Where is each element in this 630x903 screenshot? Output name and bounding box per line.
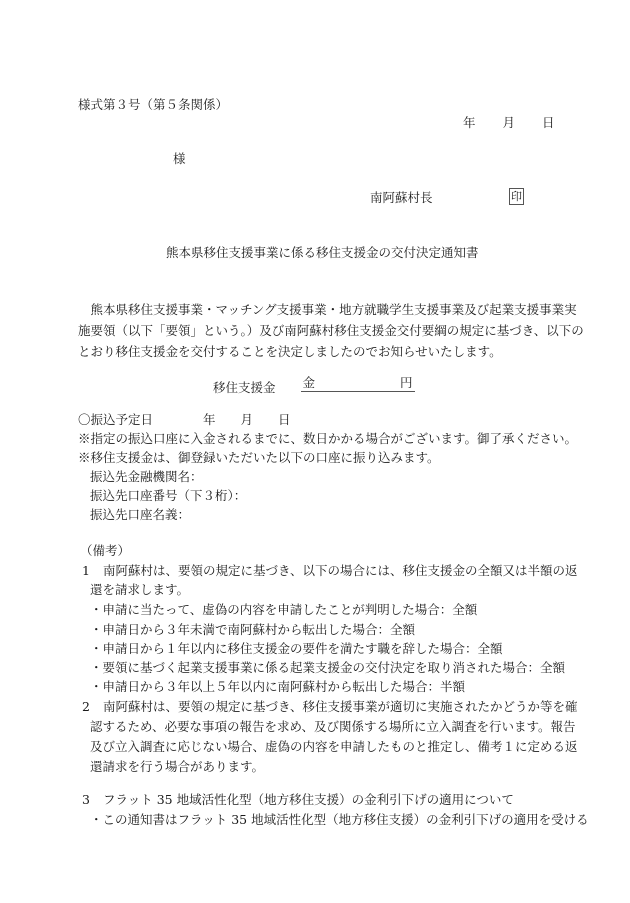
note-1-line: 南阿蘇村は、要領の規定に基づき、以下の場合には、移住支援金の全額又は半額の返 (103, 565, 578, 578)
intro-paragraph: 熊本県移住支援事業・マッチング支援事業・地方就職学生支援事業及び起業支援事業実 … (78, 299, 548, 362)
note-2-line: 認するため、必要な事項の報告を求め、及び関係する場所に立入調査を行います。報告 (90, 721, 576, 734)
seal-stamp-box: 印 (509, 188, 524, 205)
document-title: 熊本県移住支援事業に係る移住支援金の交付決定通知書 (166, 247, 479, 260)
amount-prefix: 金 (303, 377, 316, 390)
note-1-bullet: ・申請日から３年未満で南阿蘇村から転出した場合：全額 (90, 624, 415, 637)
account-holder-label: 振込先口座名義： (90, 509, 190, 522)
note-1-bullet: ・申請日から１年以内に移住支援金の要件を満たす職を辞した場合：全額 (90, 643, 503, 656)
scheduled-date-label: 〇振込予定日 (78, 412, 153, 427)
form-number: 様式第３号（第５条関係） (78, 99, 228, 112)
note-2-line: 及び立入調査に応じない場合、虚偽の内容を申請したものと推定し、備考１に定める返 (90, 741, 578, 754)
account-number-label: 振込先口座番号（下３桁）： (90, 490, 246, 503)
date-day: 日 (542, 117, 555, 130)
note-2-line: 南阿蘇村は、要領の規定に基づき、移住支援事業が適切に実施されたかどうか等を確 (103, 701, 578, 714)
addressee-suffix: 様 (173, 153, 186, 166)
date-year: 年 (463, 117, 476, 130)
note-1-number: 1 (82, 565, 90, 578)
scheduled-year: 年 (203, 412, 216, 427)
amount-label: 移住支援金 (213, 382, 276, 395)
note-1-line: 還を請求します。 (90, 584, 189, 597)
bank-name-label: 振込先金融機関名： (90, 471, 203, 484)
note-3-number: 3 (82, 794, 90, 807)
note-3-bullet: ・この通知書はフラット 35 地域活性化型（地方移住支援）の金利引下げの適用を受… (90, 814, 589, 827)
scheduled-date-row: 〇振込予定日年月日 (78, 414, 291, 427)
intro-line: とおり移住支援金を交付することを決定しましたのでお知らせいたします。 (78, 341, 548, 362)
note-2-number: 2 (82, 701, 90, 714)
amount-suffix: 円 (400, 377, 413, 390)
amount-row: 移住支援金 金 円 (213, 377, 415, 395)
scheduled-day: 日 (278, 412, 291, 427)
intro-line: 熊本県移住支援事業・マッチング支援事業・地方就職学生支援事業及び起業支援事業実 (78, 299, 548, 320)
note-1-bullet: ・要領に基づく起業支援事業に係る起業支援金の交付決定を取り消された場合：全額 (90, 662, 565, 675)
issue-date: 年月日 (463, 117, 555, 130)
note-1-bullet: ・申請日から３年以上５年以内に南阿蘇村から転出した場合：半額 (90, 681, 465, 694)
amount-field: 金 円 (301, 377, 415, 392)
notes-heading: （備考） (80, 545, 130, 558)
transfer-notice-2: ※移住支援金は、御登録いただいた以下の口座に振り込みます。 (78, 452, 440, 465)
date-month: 月 (503, 117, 516, 130)
note-1-bullet: ・申請に当たって、虚偽の内容を申請したことが判明した場合：全額 (90, 604, 477, 617)
scheduled-month: 月 (241, 412, 254, 427)
transfer-notice-1: ※指定の振込口座に入金されるまでに、数日かかる場合がございます。御了承ください。 (78, 433, 577, 446)
intro-line: 施要領（以下「要領」という。）及び南阿蘇村移住支援金交付要綱の規定に基づき、以下… (78, 320, 548, 341)
note-3-line: フラット 35 地域活性化型（地方移住支援）の金利引下げの適用について (103, 794, 514, 807)
note-2-line: 還請求を行う場合があります。 (90, 761, 264, 774)
issuer-name: 南阿蘇村長 (370, 192, 433, 205)
